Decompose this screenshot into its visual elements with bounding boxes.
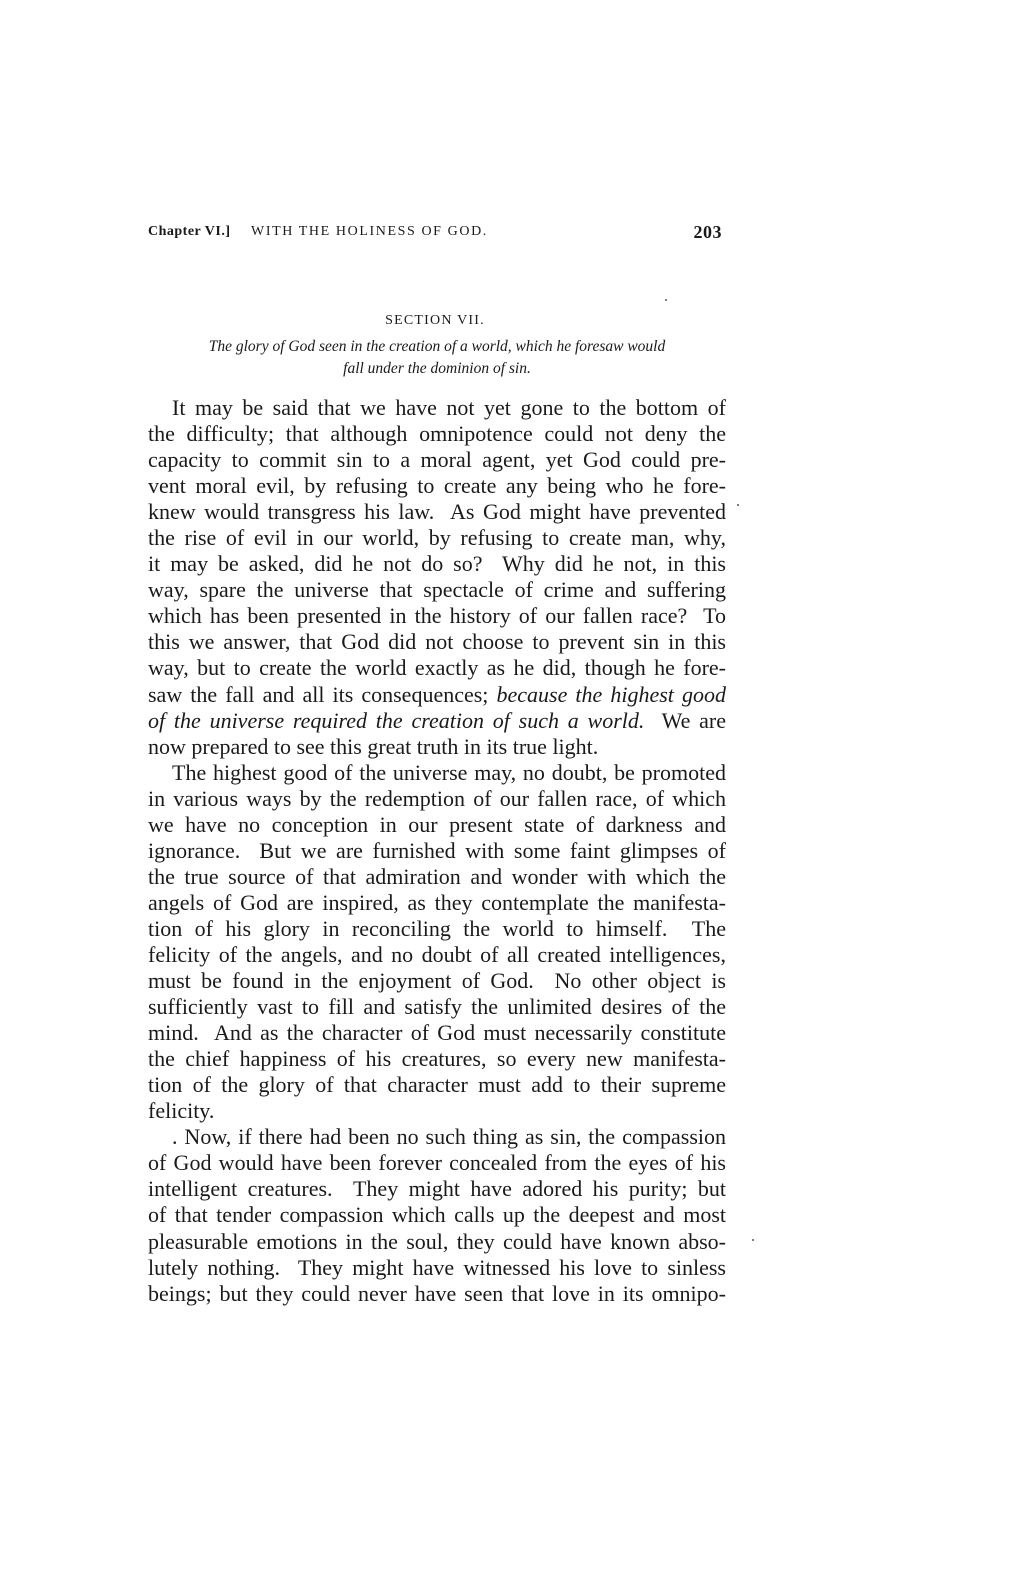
book-page: Chapter VI.] WITH THE HOLINESS OF GOD. 2… xyxy=(0,0,1011,1580)
line-text: tion of the glory of that character must… xyxy=(148,1072,726,1097)
text-line: of God would have been forever concealed… xyxy=(148,1150,726,1176)
line-text: now prepared to see this great truth in … xyxy=(148,734,598,759)
scan-speck xyxy=(665,299,667,301)
text-line: pleasurable emotions in the soul, they c… xyxy=(148,1229,726,1255)
text-line: which has been presented in the history … xyxy=(148,603,726,629)
line-text: tion of his glory in reconciling the wor… xyxy=(148,916,726,941)
line-text: It may be said that we have not yet gone… xyxy=(172,395,726,420)
section-subtitle-line-1: The glory of God seen in the creation of… xyxy=(148,336,726,358)
chapter-label: Chapter VI.] xyxy=(148,224,231,240)
text-line: The highest good of the universe may, no… xyxy=(148,760,726,786)
section-subtitle-line-2: fall under the dominion of sin. xyxy=(148,358,726,380)
line-text: ignorance. But we are furnished with som… xyxy=(148,838,726,863)
text-line: It may be said that we have not yet gone… xyxy=(148,395,726,421)
text-line: felicity. xyxy=(148,1098,726,1124)
running-head: Chapter VI.] WITH THE HOLINESS OF GOD. 2… xyxy=(148,224,722,248)
text-line: beings; but they could never have seen t… xyxy=(148,1281,726,1307)
running-title: WITH THE HOLINESS OF GOD. xyxy=(251,224,488,240)
line-text: way, but to create the world exactly as … xyxy=(148,655,726,680)
line-text: the true source of that admiration and w… xyxy=(148,864,726,889)
text-line: vent moral evil, by refusing to create a… xyxy=(148,473,726,499)
text-line: we have no conception in our present sta… xyxy=(148,812,726,838)
body-text: It may be said that we have not yet gone… xyxy=(148,395,726,1307)
line-text: the rise of evil in our world, by refusi… xyxy=(148,525,726,550)
line-text: We are xyxy=(644,708,726,733)
line-text: vent moral evil, by refusing to create a… xyxy=(148,473,726,498)
line-text: saw the fall and all its consequences; xyxy=(148,682,497,707)
text-line: now prepared to see this great truth in … xyxy=(148,734,726,760)
text-line: knew would transgress his law. As God mi… xyxy=(148,499,726,525)
scan-speck xyxy=(752,1239,754,1241)
line-text: pleasurable emotions in the soul, they c… xyxy=(148,1229,726,1254)
text-line: ignorance. But we are furnished with som… xyxy=(148,838,726,864)
scan-speck xyxy=(737,504,739,506)
line-text: it may be asked, did he not do so? Why d… xyxy=(148,551,726,576)
line-text: this we answer, that God did not choose … xyxy=(148,629,726,654)
line-text: of God would have been forever concealed… xyxy=(148,1150,726,1175)
section-heading: SECTION VII. xyxy=(148,313,722,329)
text-line: the true source of that admiration and w… xyxy=(148,864,726,890)
emphasis: because the highest good xyxy=(497,682,727,707)
text-line: saw the fall and all its consequences; b… xyxy=(148,682,726,708)
line-text: capacity to commit sin to a moral agent,… xyxy=(148,447,726,472)
line-text: felicity of the angels, and no doubt of … xyxy=(148,942,726,967)
text-line: it may be asked, did he not do so? Why d… xyxy=(148,551,726,577)
line-text: knew would transgress his law. As God mi… xyxy=(148,499,726,524)
text-line: must be found in the enjoyment of God. N… xyxy=(148,968,726,994)
text-line: intelligent creatures. They might have a… xyxy=(148,1176,726,1202)
text-line: the difficulty; that although omnipotenc… xyxy=(148,421,726,447)
text-line: the rise of evil in our world, by refusi… xyxy=(148,525,726,551)
line-text: intelligent creatures. They might have a… xyxy=(148,1176,726,1201)
section-subtitle: The glory of God seen in the creation of… xyxy=(148,336,726,380)
line-text: mind. And as the character of God must n… xyxy=(148,1020,726,1045)
line-text: the difficulty; that although omnipotenc… xyxy=(148,421,726,446)
line-text: . Now, if there had been no such thing a… xyxy=(172,1124,726,1149)
line-text: beings; but they could never have seen t… xyxy=(148,1281,726,1306)
text-line: sufficiently vast to fill and satisfy th… xyxy=(148,994,726,1020)
text-line: tion of his glory in reconciling the wor… xyxy=(148,916,726,942)
text-line: felicity of the angels, and no doubt of … xyxy=(148,942,726,968)
line-text: way, spare the universe that spectacle o… xyxy=(148,577,726,602)
text-line: . Now, if there had been no such thing a… xyxy=(148,1124,726,1150)
line-text: in various ways by the redemption of our… xyxy=(148,786,726,811)
line-text: angels of God are inspired, as they cont… xyxy=(148,890,726,915)
text-line: lutely nothing. They might have witnesse… xyxy=(148,1255,726,1281)
line-text: lutely nothing. They might have witnesse… xyxy=(148,1255,726,1280)
text-line: capacity to commit sin to a moral agent,… xyxy=(148,447,726,473)
text-line: tion of the glory of that character must… xyxy=(148,1072,726,1098)
line-text: felicity. xyxy=(148,1098,214,1123)
line-text: which has been presented in the history … xyxy=(148,603,726,628)
text-line: way, but to create the world exactly as … xyxy=(148,655,726,681)
line-text: The highest good of the universe may, no… xyxy=(172,760,726,785)
text-line: in various ways by the redemption of our… xyxy=(148,786,726,812)
page-number: 203 xyxy=(694,222,723,243)
emphasis: of the universe required the creation of… xyxy=(148,708,644,733)
line-text: must be found in the enjoyment of God. N… xyxy=(148,968,726,993)
text-line: way, spare the universe that spectacle o… xyxy=(148,577,726,603)
line-text: the chief happiness of his creatures, so… xyxy=(148,1046,726,1071)
text-line: of the universe required the creation of… xyxy=(148,708,726,734)
text-line: mind. And as the character of God must n… xyxy=(148,1020,726,1046)
line-text: we have no conception in our present sta… xyxy=(148,812,726,837)
text-line: of that tender compassion which calls up… xyxy=(148,1202,726,1228)
text-line: this we answer, that God did not choose … xyxy=(148,629,726,655)
text-line: angels of God are inspired, as they cont… xyxy=(148,890,726,916)
text-line: the chief happiness of his creatures, so… xyxy=(148,1046,726,1072)
line-text: of that tender compassion which calls up… xyxy=(148,1202,726,1227)
line-text: sufficiently vast to fill and satisfy th… xyxy=(148,994,726,1019)
